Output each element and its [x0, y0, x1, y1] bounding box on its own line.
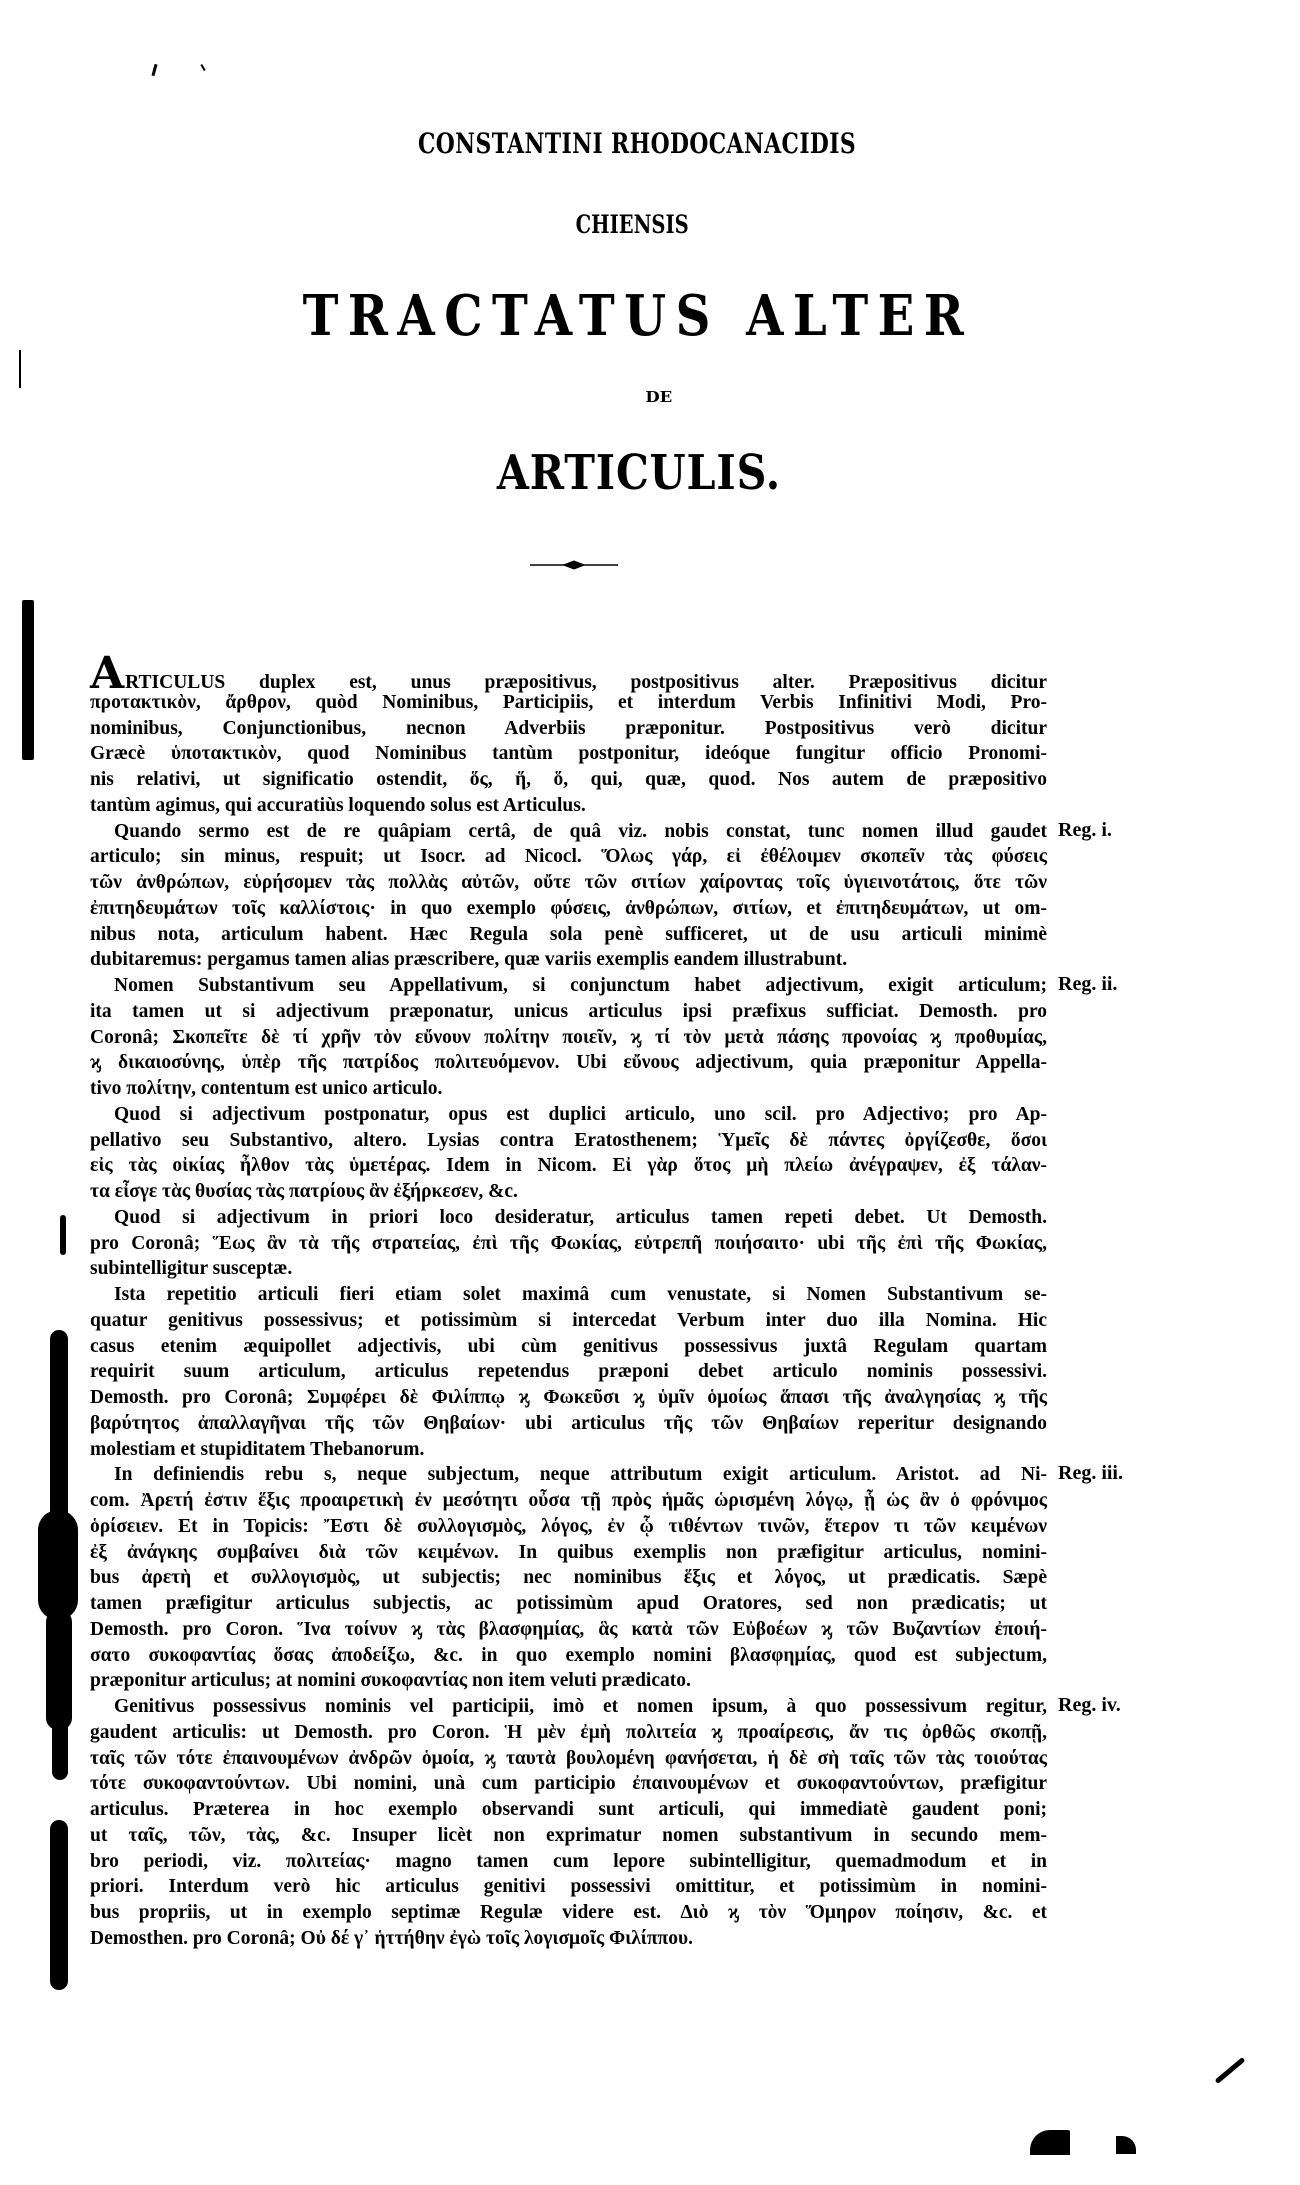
- text-line: casus etenim æquipollet adjectivis, ubi …: [90, 1334, 1047, 1360]
- text-line: nis relativi, ut significatio ostendit, …: [90, 767, 1047, 793]
- scan-edge-blob: [52, 1720, 68, 1780]
- text-line: Nomen Substantivum seu Appellativum, si …: [90, 973, 1047, 999]
- scan-edge-strip: [22, 600, 34, 760]
- text-line: ταῖς τῶν τότε ἐπαινουμένων ἀνδρῶν ὁμοία,…: [90, 1746, 1047, 1772]
- scan-mark: [19, 350, 21, 388]
- text-line: com. Ἀρετή ἐστιν ἕξις προαιρετικὴ ἐν μεσ…: [90, 1488, 1047, 1514]
- author-heading: CONSTANTINI RHODOCANACIDIS: [130, 127, 1144, 160]
- text-line: ita tamen ut si adjectivum præponatur, u…: [90, 999, 1047, 1025]
- text-line: προτακτικὸν, ἄρθρον, quòd Nominibus, Par…: [90, 690, 1047, 716]
- scan-mark: [1215, 2057, 1246, 2084]
- scan-edge-blob: [50, 1330, 68, 1530]
- text-line: bus ἀρετὴ et συλλογισμὸς, ut subjectis; …: [90, 1565, 1047, 1591]
- rule-margin-label: Reg. i.: [1058, 819, 1112, 842]
- text-line: Demosth. pro Coron. Ἵνα τοίνυν ϗ τὰς βλα…: [90, 1617, 1047, 1643]
- text-line: tamen præfigitur articulus subjectis, ac…: [90, 1591, 1047, 1617]
- text-line: tantùm agimus, qui accuratiùs loquendo s…: [90, 793, 1047, 819]
- text-line: subintelligitur susceptæ.: [90, 1256, 1047, 1282]
- scan-edge-blob: [50, 1820, 68, 1990]
- text-line: ut ταῖς, τῶν, τὰς, &c. Insuper licèt non…: [90, 1823, 1047, 1849]
- text-line: βαρύτητος ἀπαλλαγῆναι τῆς τῶν Θηβαίων· u…: [90, 1411, 1047, 1437]
- text-line: Quando sermo est de re quâpiam certâ, de…: [90, 819, 1047, 845]
- body-text: ARTICULUS duplex est, unus præpositivus,…: [90, 664, 1047, 1952]
- rule-margin-label: Reg. ii.: [1058, 973, 1117, 996]
- text-line: Coronâ; Σκοπεῖτε δὲ τί χρῆν τὸν εὔνουν π…: [90, 1025, 1047, 1051]
- scan-mark: [1116, 2136, 1136, 2154]
- preposition-heading: DE: [0, 388, 1300, 406]
- text-line: ϗ δικαιοσύνης, ὑπὲρ τῆς πατρίδος πολιτευ…: [90, 1050, 1047, 1076]
- text-line: pro Coronâ; Ἕως ἂν τὰ τῆς στρατείας, ἐπὶ…: [90, 1231, 1047, 1257]
- origin-heading: CHIENSIS: [125, 210, 1139, 239]
- text-line: bro periodi, viz. πολιτείας· magno tamen…: [90, 1849, 1047, 1875]
- text-line: Græcè ὑποτακτικὸν, quod Nominibus tantùm…: [90, 741, 1047, 767]
- text-line: requirit suum articulum, articulus repet…: [90, 1359, 1047, 1385]
- text-line: ἐξ ἀνάγκης συμβαίνει διὰ τῶν κειμένων. I…: [90, 1540, 1047, 1566]
- scan-mark: [200, 64, 205, 71]
- text-line: Quod si adjectivum in priori loco deside…: [90, 1205, 1047, 1231]
- text-line: τα εἶσγε τὰς θυσίας τὰς πατρίους ἂν ἐξήρ…: [90, 1179, 1047, 1205]
- text-line: Genitivus possessivus nominis vel partic…: [90, 1694, 1047, 1720]
- text-line: quatur genitivus possessivus; et potissi…: [90, 1308, 1047, 1334]
- treatise-title: TRACTATUS ALTER: [79, 283, 1197, 349]
- text-line: Ista repetitio articuli fieri etiam sole…: [90, 1282, 1047, 1308]
- text-line: σατο συκοφαντίας ὅσας ἀποδείξω, &c. in q…: [90, 1643, 1047, 1669]
- scan-edge-strip: [60, 1215, 66, 1255]
- text-line: gaudent articulis: ut Demosth. pro Coron…: [90, 1720, 1047, 1746]
- text-line: τότε συκοφαντούντων. Ubi nomini, unà cum…: [90, 1771, 1047, 1797]
- text-line: bus propriis, ut in exemplo septimæ Regu…: [90, 1900, 1047, 1926]
- text-line: τῶν ἀνθρώπων, εὑρήσομεν τὰς πολλὰς αὐτῶν…: [90, 870, 1047, 896]
- scan-edge-blob: [38, 1510, 78, 1620]
- text-line: ARTICULUS duplex est, unus præpositivus,…: [90, 664, 1047, 690]
- text-line: ἐπιτηδευμάτων τοῖς καλλίστοις· in quo ex…: [90, 896, 1047, 922]
- text-line: Demosth. pro Coronâ; Συμφέρει δὲ Φιλίππῳ…: [90, 1385, 1047, 1411]
- rule-margin-label: Reg. iii.: [1058, 1462, 1123, 1485]
- scan-mark: [1030, 2130, 1070, 2155]
- text-line: In definiendis rebu s, neque subjectum, …: [90, 1462, 1047, 1488]
- book-page: CONSTANTINI RHODOCANACIDIS CHIENSIS TRAC…: [0, 0, 1300, 2185]
- text-line: præponitur articulus; at nomini συκοφαντ…: [90, 1668, 1047, 1694]
- text-line: articulus. Præterea in hoc exemplo obser…: [90, 1797, 1047, 1823]
- text-line: pellativo seu Substantivo, altero. Lysia…: [90, 1128, 1047, 1154]
- rule-margin-label: Reg. iv.: [1058, 1694, 1121, 1717]
- text-line: εἰς τὰς οἰκίας ἦλθον τὰς ὑμετέρας. Idem …: [90, 1153, 1047, 1179]
- text-line: ὁρίσειεν. Et in Topicis: Ἔστι δὲ συλλογι…: [90, 1514, 1047, 1540]
- text-line: dubitaremus: pergamus tamen alias præscr…: [90, 947, 1047, 973]
- text-line: Demosthen. pro Coronâ; Οὐ δέ γ᾽ ἡττήθην …: [90, 1926, 1047, 1952]
- text-line: molestiam et stupiditatem Thebanorum.: [90, 1437, 1047, 1463]
- scan-mark: [151, 64, 157, 76]
- text-line: priori. Interdum verò hic articulus geni…: [90, 1874, 1047, 1900]
- text-line: nominibus, Conjunctionibus, necnon Adver…: [90, 716, 1047, 742]
- rule-ornament-icon: [530, 560, 618, 570]
- text-line: nibus nota, articulum habent. Hæc Regula…: [90, 922, 1047, 948]
- text-line: Quod si adjectivum postponatur, opus est…: [90, 1102, 1047, 1128]
- text-line: articulo; sin minus, respuit; ut Isocr. …: [90, 844, 1047, 870]
- text-line: tivo πολίτην, contentum est unico articu…: [90, 1076, 1047, 1102]
- scan-edge-blob: [46, 1610, 72, 1730]
- subject-heading: ARTICULIS.: [80, 445, 1198, 501]
